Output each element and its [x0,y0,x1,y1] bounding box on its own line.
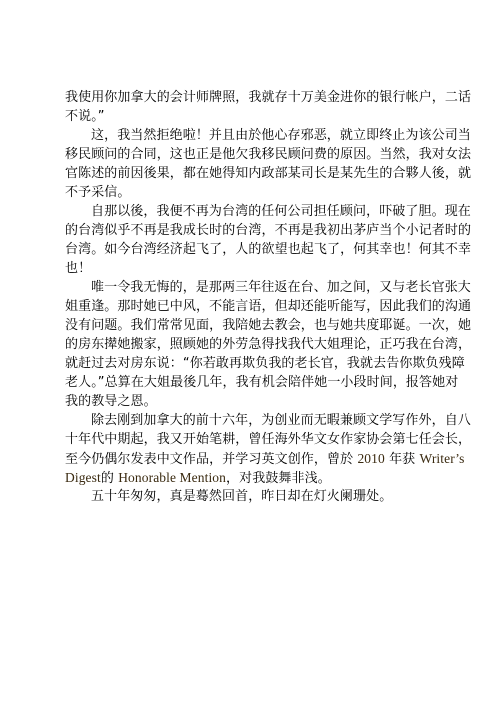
paragraph-6: 五十年匆匆，真是蓦然回首，昨日却在灯火阑珊处。 [65,487,439,506]
text-line: 不说。” [65,107,439,126]
text-line: 就赶过去对房东说：“你若敢再欺负我的老长官，我就去告你欺负残障 [65,354,439,373]
text-line: 老人。”总算在大姐最後几年，我有机会陪伴她一小段时间，报答她对 [65,373,439,392]
text-line: 移民顾问的合同，这也正是他欠我移民顾问费的原因。当然，我对女法 [65,145,439,164]
text-line: 至今仍偶尔发表中文作品，并学习英文创作，曾於 2010 年获 Writer’s [65,449,439,468]
text-line: 官陈述的前因後果，都在她得知内政部某司长是某先生的合夥人後，就 [65,164,439,183]
text-line: 十年代中期起，我又开始笔耕，曾任海外华文女作家协会第七任会长， [65,430,439,449]
text-line: 我的教导之恩。 [65,392,439,411]
text-line: 也！ [65,259,439,278]
text-line: 姐重逢。那时她已中风，不能言语，但却还能听能写，因此我们的沟通 [65,297,439,316]
text-line: 我使用你加拿大的会计师牌照，我就存十万美金进你的银行帐户，二话 [65,88,439,107]
text-line: 唯一令我无悔的，是那两三年往返在台、加之间，又与老长官张大 [65,278,439,297]
year-text: 2010 [357,451,384,466]
paragraph-5: 除去刚到加拿大的前十六年，为创业而无暇兼顾文学写作外，自八 十年代中期起，我又开… [65,411,439,487]
text-line: 除去刚到加拿大的前十六年，为创业而无暇兼顾文学写作外，自八 [65,411,439,430]
text-run: 年获 [385,452,420,467]
paragraph-2: 这，我当然拒绝啦！并且由於他心存邪恶，就立即终止为该公司当 移民顾问的合同，这也… [65,126,439,202]
text-run: ，对我鼓舞非浅。 [226,471,331,486]
text-line: 自那以後，我便不再为台湾的任何公司担任顾问，吓破了胆。现在 [65,202,439,221]
text-line: 不予采信。 [65,183,439,202]
text-line: 的台湾似乎不再是我成长时的台湾，不再是我初出茅庐当个小记者时的 [65,221,439,240]
text-line: 五十年匆匆，真是蓦然回首，昨日却在灯火阑珊处。 [65,487,439,506]
text-line: Digest的 Honorable Mention，对我鼓舞非浅。 [65,468,439,487]
text-line: 的房东撵她搬家，照顾她的外劳急得找我代大姐理论，正巧我在台湾， [65,335,439,354]
paragraph-1: 我使用你加拿大的会计师牌照，我就存十万美金进你的银行帐户，二话 不说。” [65,88,439,126]
text-line: 台湾。如今台湾经济起飞了，人的欲望也起飞了，何其幸也！何其不幸 [65,240,439,259]
document-page: 我使用你加拿大的会计师牌照，我就存十万美金进你的银行帐户，二话 不说。” 这，我… [0,0,501,711]
text-line: 没有问题。我们常常见面，我陪她去教会，也与她共度耶诞。一次，她 [65,316,439,335]
publication-name-text: Digest [65,470,101,485]
award-name-text: Honorable Mention [118,470,226,485]
text-run: 至今仍偶尔发表中文作品，并学习英文创作，曾於 [65,452,357,467]
text-run: 的 [101,471,118,486]
text-run: 十年代中期起，我又开始笔耕，曾任海外华文女作家协会第七任会长， [65,432,471,447]
document-body: 我使用你加拿大的会计师牌照，我就存十万美金进你的银行帐户，二话 不说。” 这，我… [65,88,439,506]
text-line: 这，我当然拒绝啦！并且由於他心存邪恶，就立即终止为该公司当 [65,126,439,145]
paragraph-3: 自那以後，我便不再为台湾的任何公司担任顾问，吓破了胆。现在 的台湾似乎不再是我成… [65,202,439,278]
text-run: 除去刚到加拿大的前十六年，为创业而无暇兼顾文学写作外，自八 [91,413,471,428]
paragraph-4: 唯一令我无悔的，是那两三年往返在台、加之间，又与老长官张大 姐重逢。那时她已中风… [65,278,439,411]
publication-name-text: Writer’s [420,451,465,466]
